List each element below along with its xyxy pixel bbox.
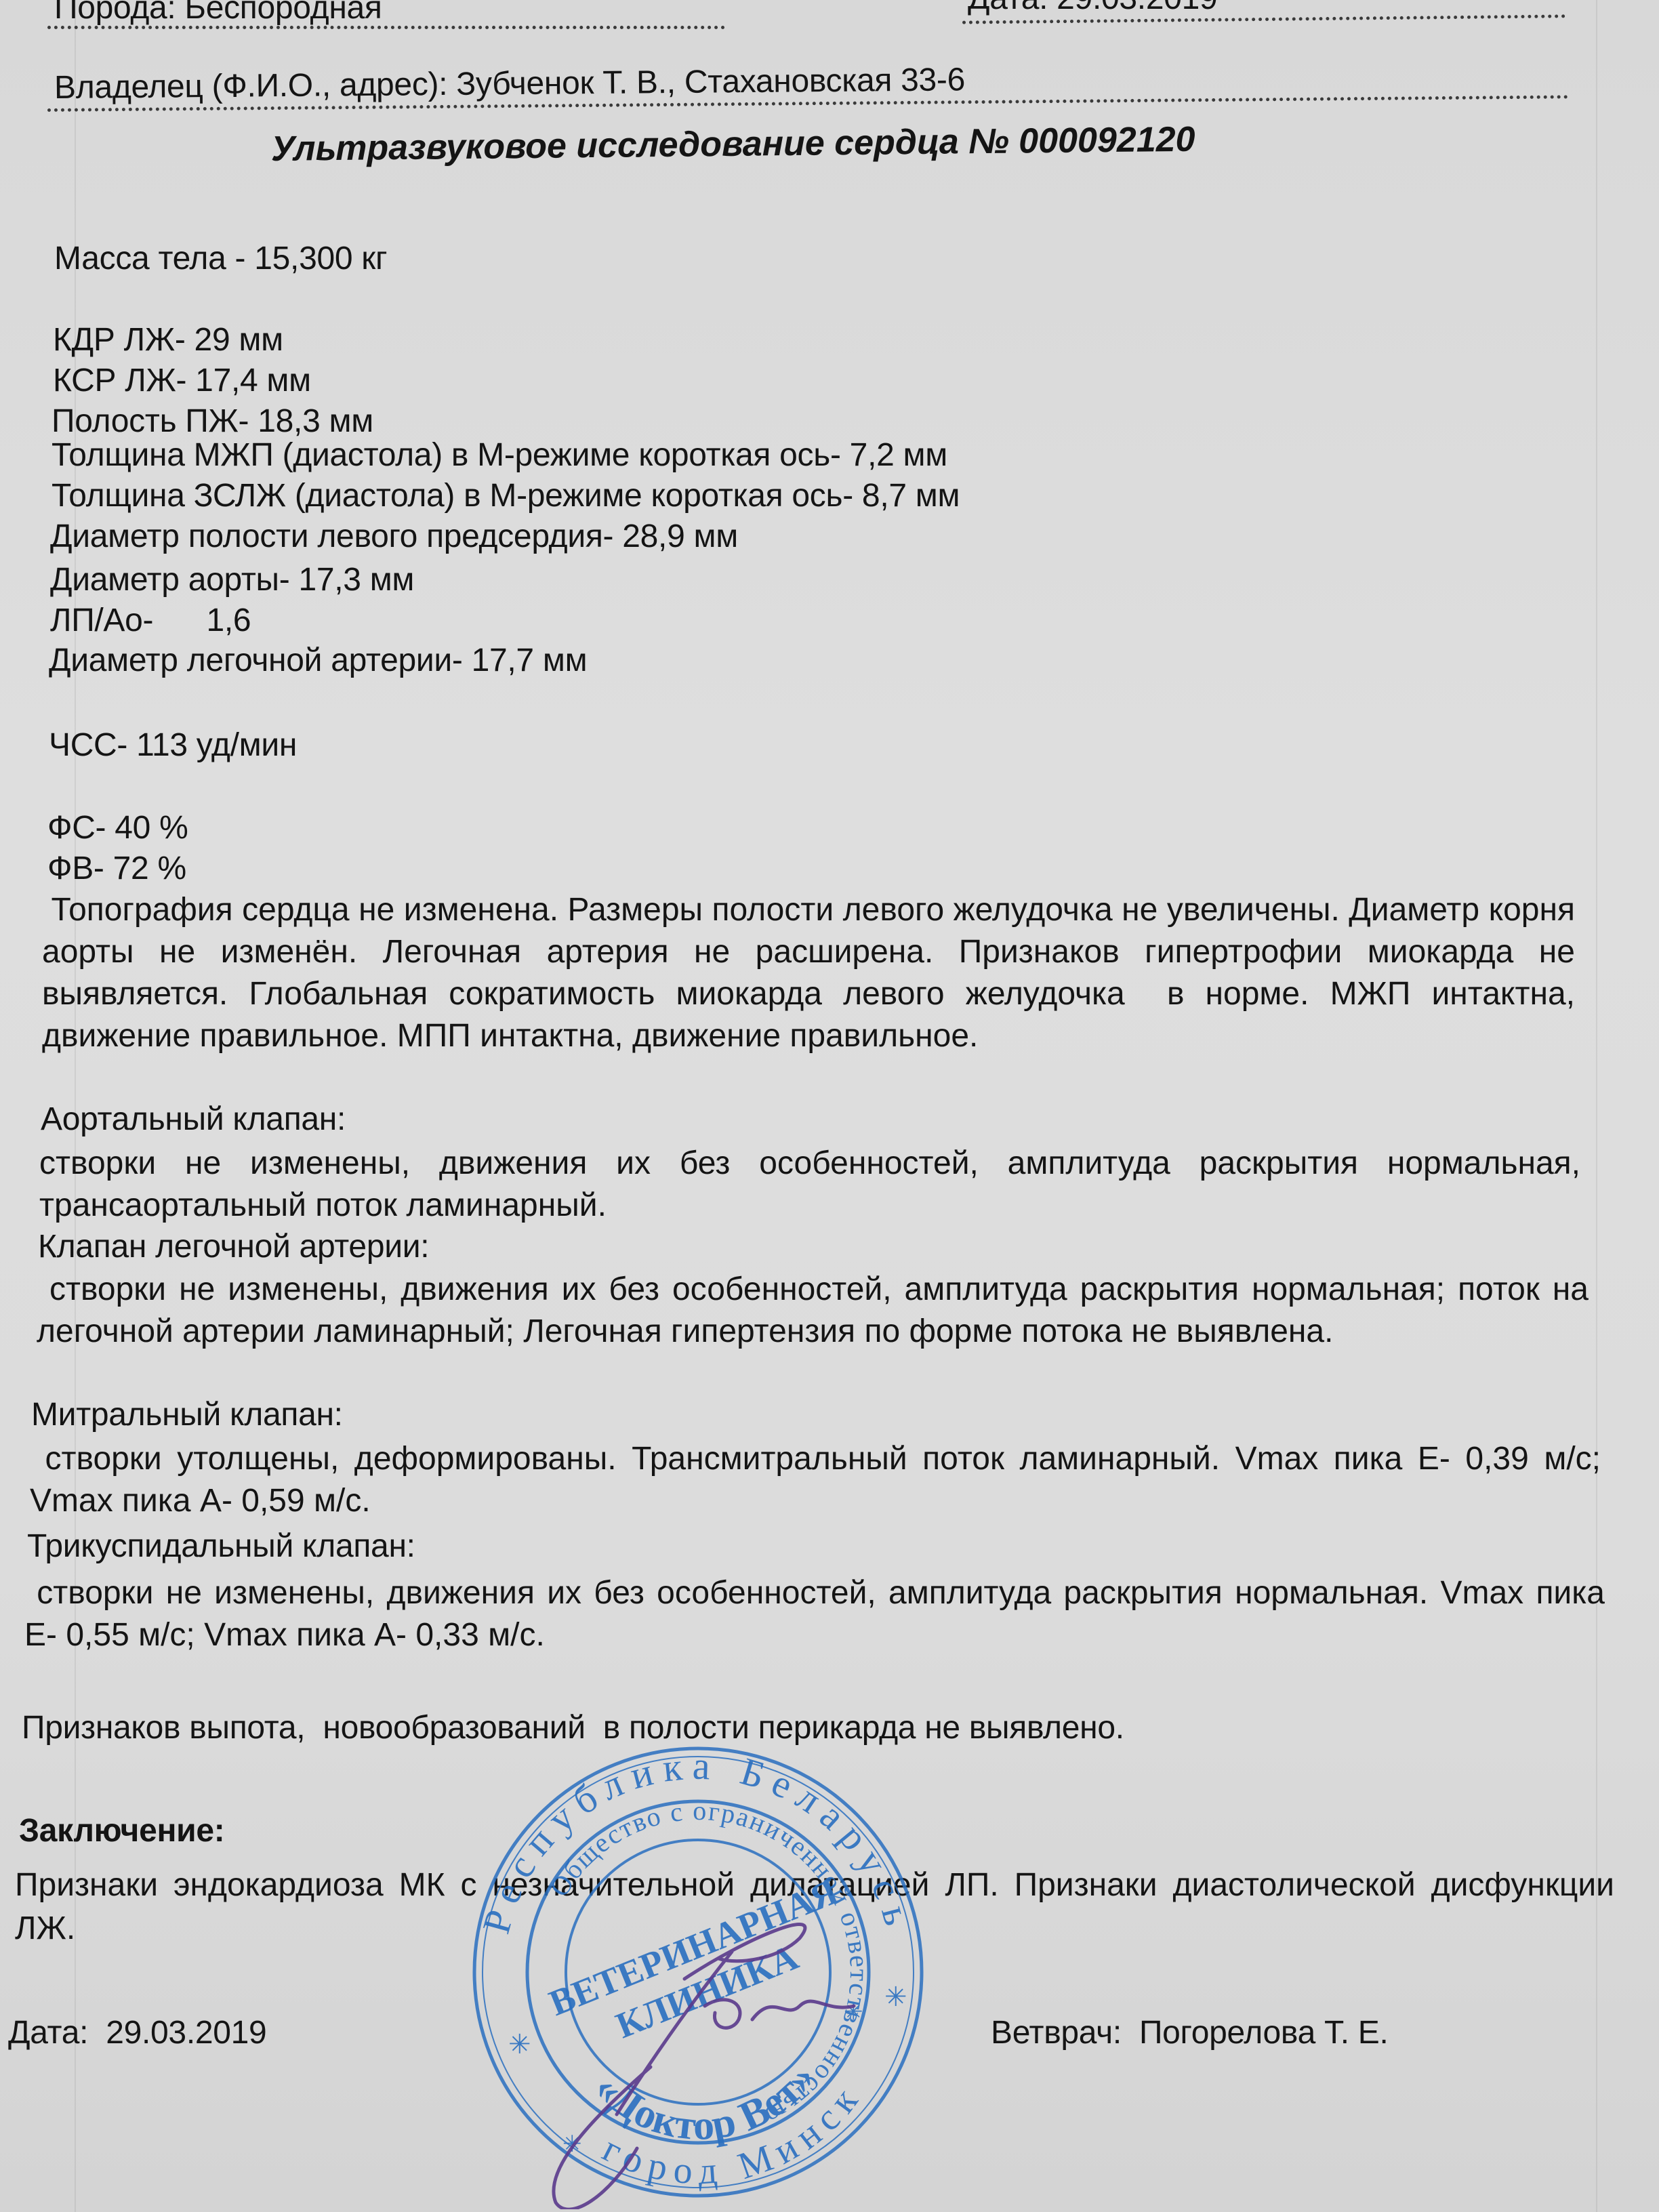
- svg-text:✳: ✳: [508, 2029, 531, 2060]
- document-page: Порода: Беспородная Дата: 29.03.2019 Вла…: [0, 0, 1659, 2212]
- fractional-shortening: ФС- 40 %: [47, 808, 188, 848]
- dotted-underline: [47, 26, 725, 29]
- signature: [554, 1925, 854, 2209]
- body-mass: Масса тела - 15,300 кг: [54, 239, 387, 279]
- valve-heading: Клапан легочной артерии:: [38, 1227, 429, 1267]
- svg-text:✳: ✳: [562, 2132, 582, 2157]
- valve-heading: Аортальный клапан:: [41, 1099, 346, 1140]
- measurement-item: ЛП/Ао- 1,6: [50, 600, 251, 641]
- stamp-name-text: «Доктор Вет»: [586, 2055, 824, 2149]
- stamp-inner-text: Общество с ограниченной ответственностью: [544, 1795, 875, 2133]
- valve-heading: Трикуспидальный клапан:: [27, 1526, 415, 1567]
- footer-date: Дата: 29.03.2019: [8, 2013, 266, 2053]
- report-title: Ультразвуковое исследование сердца № 000…: [271, 119, 1195, 169]
- measurement-item: Диаметр полости левого предсердия- 28,9 …: [50, 516, 738, 557]
- measurement-item: Толщина МЖП (диастола) в М-режиме коротк…: [52, 435, 947, 476]
- valve-text: створки не изменены, движения их без осо…: [39, 1143, 1580, 1227]
- measurement-item: КДР ЛЖ- 29 мм: [53, 320, 283, 361]
- vet-name: Ветврач: Погорелова Т. Е.: [991, 2013, 1389, 2053]
- topography-paragraph: Топография сердца не изменена. Размеры п…: [42, 889, 1575, 1057]
- heart-rate: ЧСС- 113 уд/мин: [49, 725, 297, 766]
- valve-text: створки не изменены, движения их без осо…: [37, 1269, 1589, 1353]
- clinic-stamp: Республика Беларусь Общество с ограничен…: [461, 1735, 935, 2209]
- pericardium-text: Признаков выпота, новообразований в поло…: [22, 1708, 1124, 1748]
- svg-text:✳: ✳: [884, 1982, 907, 2012]
- date-label-top: Дата: 29.03.2019: [968, 0, 1217, 19]
- ejection-fraction: ФВ- 72 %: [47, 848, 186, 889]
- stamp-city-text: город Минск: [596, 2074, 871, 2193]
- measurement-item: Толщина ЗСЛЖ (диастола) в М-режиме корот…: [52, 476, 960, 516]
- breed-label: Порода: Беспородная: [54, 0, 382, 28]
- measurement-item: Диаметр легочной артерии- 17,7 мм: [49, 640, 587, 681]
- valve-heading: Митральный клапан:: [31, 1395, 343, 1435]
- conclusion-heading: Заключение:: [19, 1811, 224, 1851]
- measurement-item: КСР ЛЖ- 17,4 мм: [53, 361, 311, 401]
- valve-text: створки утолщены, деформированы. Трансми…: [30, 1438, 1601, 1522]
- conclusion-text: Признаки эндокардиоза МК с незначительно…: [15, 1864, 1614, 1950]
- valve-text: створки не изменены, движения их без осо…: [24, 1572, 1605, 1656]
- svg-text:КЛИНИКА: КЛИНИКА: [611, 1936, 804, 2046]
- measurement-item: Диаметр аорты- 17,3 мм: [50, 560, 414, 600]
- svg-text:✳: ✳: [844, 2000, 863, 2025]
